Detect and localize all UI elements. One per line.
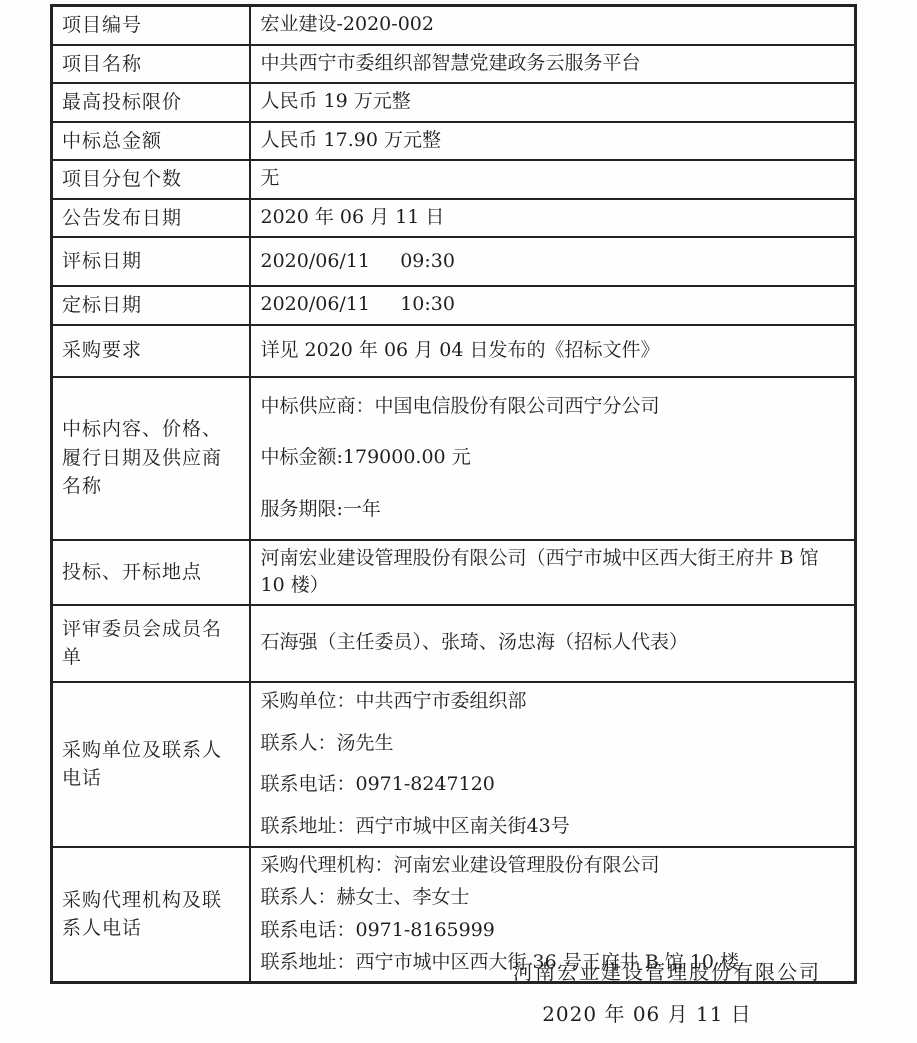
table-row-project-name: 项目名称 中共西宁市委组织部智慧党建政务云服务平台 — [52, 45, 856, 84]
row-value-line: 联系人：汤先生 — [261, 730, 847, 758]
bid-award-table: 项目编号 宏业建设-2020-002 项目名称 中共西宁市委组织部智慧党建政务云… — [50, 4, 857, 984]
table-row-bid-opening-location: 投标、开标地点 河南宏业建设管理股份有限公司（西宁市城中区西大街王府井 B 馆 … — [52, 540, 856, 605]
row-value-line: 人民币 17.90 万元整 — [261, 127, 847, 155]
row-value-line: 人民币 19 万元整 — [261, 88, 847, 116]
row-value-line: 联系人：赫女士、李女士 — [261, 884, 847, 912]
table-row-award-amount: 中标总金额 人民币 17.90 万元整 — [52, 122, 856, 161]
row-value-line: 中标金额:179000.00 元 — [261, 444, 847, 472]
row-value: 2020/06/11 10:30 — [250, 286, 856, 325]
row-label: 公告发布日期 — [52, 199, 250, 238]
signature-block: 河南宏业建设管理股份有限公司 2020 年 06 月 11 日 — [447, 956, 887, 1027]
row-value: 无 — [250, 160, 856, 199]
table-row-purchaser-contact: 采购单位及联系人电话 采购单位：中共西宁市委组织部 联系人：汤先生 联系电话：0… — [52, 682, 856, 847]
row-label: 采购单位及联系人电话 — [52, 682, 250, 847]
row-value: 石海强（主任委员）、张琦、汤忠海（招标人代表） — [250, 605, 856, 682]
row-label: 采购要求 — [52, 325, 250, 377]
row-value: 采购单位：中共西宁市委组织部 联系人：汤先生 联系电话：0971-8247120… — [250, 682, 856, 847]
row-value-line: 宏业建设-2020-002 — [261, 11, 847, 39]
signature-company: 河南宏业建设管理股份有限公司 — [447, 956, 887, 985]
row-value-line: 中标供应商：中国电信股份有限公司西宁分公司 — [261, 393, 847, 421]
table-row-award-date: 定标日期 2020/06/11 10:30 — [52, 286, 856, 325]
table-row-subpackage-count: 项目分包个数 无 — [52, 160, 856, 199]
row-value-line: 石海强（主任委员）、张琦、汤忠海（招标人代表） — [261, 629, 847, 657]
table-row-award-details: 中标内容、价格、履行日期及供应商名称 中标供应商：中国电信股份有限公司西宁分公司… — [52, 377, 856, 540]
row-value: 2020 年 06 月 11 日 — [250, 199, 856, 238]
row-value-line: 河南宏业建设管理股份有限公司（西宁市城中区西大街王府井 B 馆 10 楼） — [261, 545, 847, 600]
row-value-line: 2020/06/11 09:30 — [261, 248, 847, 276]
row-label: 评审委员会成员名单 — [52, 605, 250, 682]
row-value-line: 服务期限:一年 — [261, 496, 847, 524]
row-value-line: 联系电话：0971-8247120 — [261, 771, 847, 799]
row-value-line: 采购单位：中共西宁市委组织部 — [261, 688, 847, 716]
row-value: 河南宏业建设管理股份有限公司（西宁市城中区西大街王府井 B 馆 10 楼） — [250, 540, 856, 605]
row-label: 最高投标限价 — [52, 83, 250, 122]
row-value: 人民币 17.90 万元整 — [250, 122, 856, 161]
row-value: 2020/06/11 09:30 — [250, 237, 856, 286]
row-label: 中标总金额 — [52, 122, 250, 161]
table-row-procurement-requirements: 采购要求 详见 2020 年 06 月 04 日发布的《招标文件》 — [52, 325, 856, 377]
row-label: 定标日期 — [52, 286, 250, 325]
row-label: 项目名称 — [52, 45, 250, 84]
table-row-evaluation-date: 评标日期 2020/06/11 09:30 — [52, 237, 856, 286]
row-value: 中共西宁市委组织部智慧党建政务云服务平台 — [250, 45, 856, 84]
row-label: 中标内容、价格、履行日期及供应商名称 — [52, 377, 250, 540]
table-row-review-committee: 评审委员会成员名单 石海强（主任委员）、张琦、汤忠海（招标人代表） — [52, 605, 856, 682]
row-label: 项目分包个数 — [52, 160, 250, 199]
document-page: 项目编号 宏业建设-2020-002 项目名称 中共西宁市委组织部智慧党建政务云… — [0, 0, 917, 1043]
row-value: 宏业建设-2020-002 — [250, 6, 856, 45]
row-label: 采购代理机构及联系人电话 — [52, 847, 250, 983]
row-value-line: 2020 年 06 月 11 日 — [261, 204, 847, 232]
table-row-project-number: 项目编号 宏业建设-2020-002 — [52, 6, 856, 45]
row-value-line: 联系电话：0971-8165999 — [261, 917, 847, 945]
row-label: 投标、开标地点 — [52, 540, 250, 605]
row-value: 详见 2020 年 06 月 04 日发布的《招标文件》 — [250, 325, 856, 377]
row-value-line: 无 — [261, 165, 847, 193]
row-label: 评标日期 — [52, 237, 250, 286]
signature-date: 2020 年 06 月 11 日 — [427, 998, 867, 1027]
row-value-line: 中共西宁市委组织部智慧党建政务云服务平台 — [261, 50, 847, 78]
row-value-line: 详见 2020 年 06 月 04 日发布的《招标文件》 — [261, 337, 847, 365]
row-value-line: 2020/06/11 10:30 — [261, 291, 847, 319]
table-row-announce-date: 公告发布日期 2020 年 06 月 11 日 — [52, 199, 856, 238]
row-value: 人民币 19 万元整 — [250, 83, 856, 122]
table-row-max-bid-price: 最高投标限价 人民币 19 万元整 — [52, 83, 856, 122]
row-value-line: 采购代理机构：河南宏业建设管理股份有限公司 — [261, 852, 847, 880]
row-label: 项目编号 — [52, 6, 250, 45]
row-value-line: 联系地址：西宁市城中区南关街43号 — [261, 813, 847, 841]
row-value: 中标供应商：中国电信股份有限公司西宁分公司 中标金额:179000.00 元 服… — [250, 377, 856, 540]
